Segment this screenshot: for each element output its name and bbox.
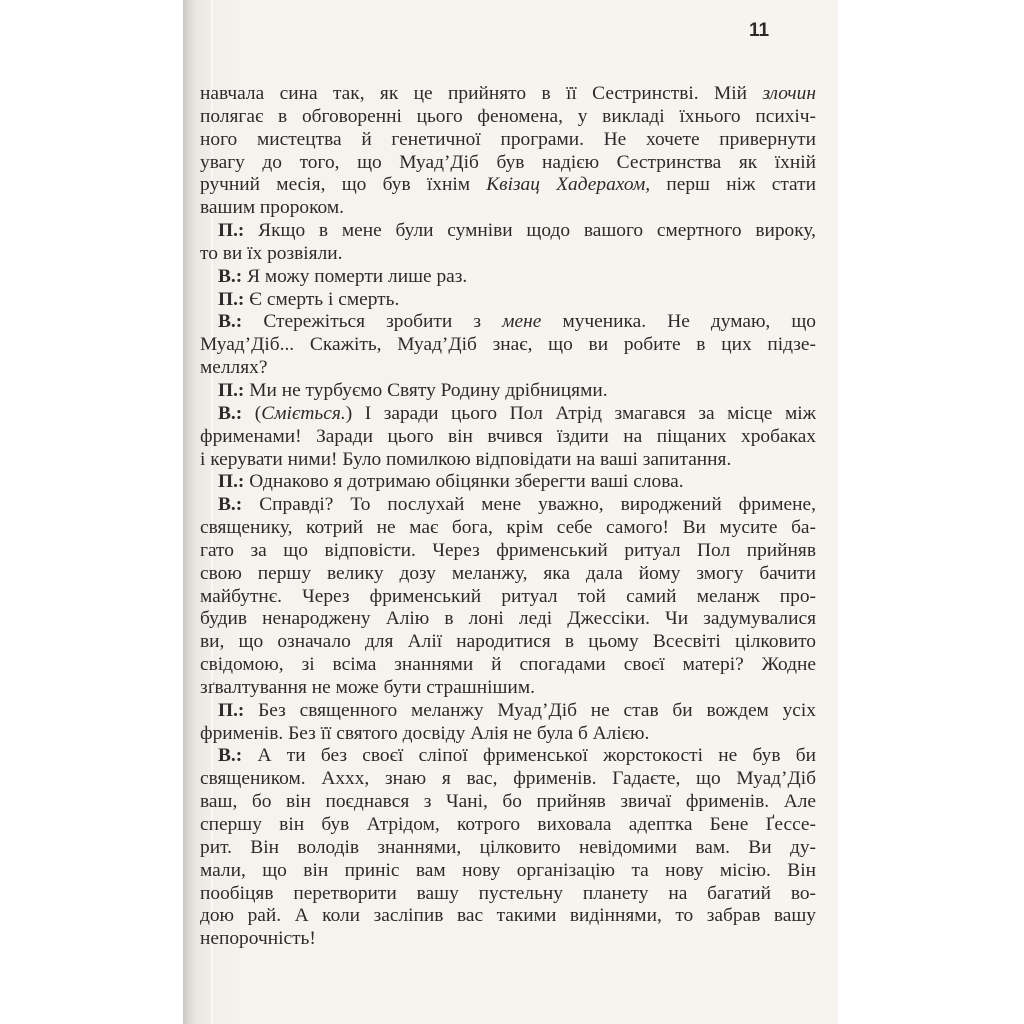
speaker-label: П.:: [218, 471, 244, 492]
text-line: пообіцяв перетворити вашу пустельну план…: [200, 883, 816, 906]
text-line: П.: Однаково я дотримаю обіцянки зберегт…: [200, 471, 816, 494]
text-line: П.: Є смерть і смерть.: [200, 289, 816, 312]
dialogue-paragraph: В.: Справді? То послухай мене уважно, ви…: [200, 494, 816, 700]
text-line: ви, що означало для Алії народитися в ць…: [200, 631, 816, 654]
text-paragraph: навчала сина так, як це прийнято в її Се…: [200, 83, 816, 220]
dialogue-paragraph: П.: Без священного меланжу Муад’Діб не с…: [200, 700, 816, 746]
speaker-label: П.:: [218, 289, 244, 310]
text-line: фрименами! Заради цього він вчився їздит…: [200, 426, 816, 449]
dialogue-paragraph: П.: Однаково я дотримаю обіцянки зберегт…: [200, 471, 816, 494]
text-line: Муад’Діб... Скажіть, Муад’Діб знає, що в…: [200, 334, 816, 357]
text-line: увагу до того, що Муад’Діб був надією Се…: [200, 152, 816, 175]
speaker-label: В.:: [218, 311, 242, 332]
text-line: майбутнє. Через фрименський ритуал той с…: [200, 586, 816, 609]
text-line: свою першу велику дозу меланжу, яка дала…: [200, 563, 816, 586]
dialogue-paragraph: П.: Є смерть і смерть.: [200, 289, 816, 312]
text-line: гато за що відповісти. Через фрименський…: [200, 540, 816, 563]
text-line: фрименів. Без її святого досвіду Алія не…: [200, 723, 816, 746]
text-line: спершу він був Атрідом, котрого виховала…: [200, 814, 816, 837]
speaker-label: П.:: [218, 700, 244, 721]
text-line: і керувати ними! Було помилкою відповіда…: [200, 449, 816, 472]
text-line: ваш, бо він поєднався з Чані, бо прийняв…: [200, 791, 816, 814]
speaker-label: В.:: [218, 745, 242, 766]
text-line: В.: Я можу померти лише раз.: [200, 266, 816, 289]
text-line: священиком. Аххх, знаю я вас, фрименів. …: [200, 768, 816, 791]
speaker-label: В.:: [218, 494, 242, 515]
speaker-label: П.:: [218, 380, 244, 401]
text-line: будив ненароджену Алію в лоні леді Джесс…: [200, 608, 816, 631]
text-line: П.: Якщо в мене були сумніви щодо вашого…: [200, 220, 816, 243]
dialogue-paragraph: В.: А ти без своєї сліпої фрименської жо…: [200, 745, 816, 951]
text-line: В.: Стережіться зробити з мене мученика.…: [200, 311, 816, 334]
italic-text: Сміється.: [261, 403, 345, 424]
text-line: священику, котрий не має бога, крім себе…: [200, 517, 816, 540]
text-line: П.: Без священного меланжу Муад’Діб не с…: [200, 700, 816, 723]
text-line: непорочність!: [200, 928, 816, 951]
text-line: меллях?: [200, 357, 816, 380]
speaker-label: В.:: [218, 403, 242, 424]
text-line: то ви їх розвіяли.: [200, 243, 816, 266]
italic-text: злочин: [762, 83, 816, 104]
text-line: В.: Справді? То послухай мене уважно, ви…: [200, 494, 816, 517]
body-text: навчала сина так, як це прийнято в її Се…: [200, 83, 816, 951]
page-number: 11: [749, 20, 769, 42]
book-page: 11 навчала сина так, як це прийнято в її…: [183, 0, 838, 1024]
text-line: рит. Він володів знаннями, цілковито нев…: [200, 837, 816, 860]
text-line: вашим пророком.: [200, 197, 816, 220]
dialogue-paragraph: П.: Ми не турбуємо Святу Родину дрібниця…: [200, 380, 816, 403]
dialogue-paragraph: В.: Стережіться зробити з мене мученика.…: [200, 311, 816, 380]
text-line: дою рай. А коли засліпив вас такими виді…: [200, 905, 816, 928]
dialogue-paragraph: П.: Якщо в мене були сумніви щодо вашого…: [200, 220, 816, 266]
text-line: навчала сина так, як це прийнято в її Се…: [200, 83, 816, 106]
speaker-label: В.:: [218, 266, 242, 287]
dialogue-paragraph: В.: (Сміється.) І заради цього Пол Атрід…: [200, 403, 816, 472]
text-line: ручний месія, що був їхнім Квізац Хадера…: [200, 174, 816, 197]
text-line: В.: (Сміється.) І заради цього Пол Атрід…: [200, 403, 816, 426]
text-line: В.: А ти без своєї сліпої фрименської жо…: [200, 745, 816, 768]
speaker-label: П.:: [218, 220, 244, 241]
dialogue-paragraph: В.: Я можу померти лише раз.: [200, 266, 816, 289]
text-line: свідомою, зі всіма знаннями й спогадами …: [200, 654, 816, 677]
italic-text: Квізац Хадерахом,: [486, 174, 650, 195]
text-line: мали, що він приніс вам нову організацію…: [200, 860, 816, 883]
text-line: П.: Ми не турбуємо Святу Родину дрібниця…: [200, 380, 816, 403]
text-line: полягає в обговоренні цього феномена, у …: [200, 106, 816, 129]
italic-text: мене: [502, 311, 541, 332]
text-line: зґвалтування не може бути страшнішим.: [200, 677, 816, 700]
text-line: ного мистецтва й генетичної програми. Не…: [200, 129, 816, 152]
